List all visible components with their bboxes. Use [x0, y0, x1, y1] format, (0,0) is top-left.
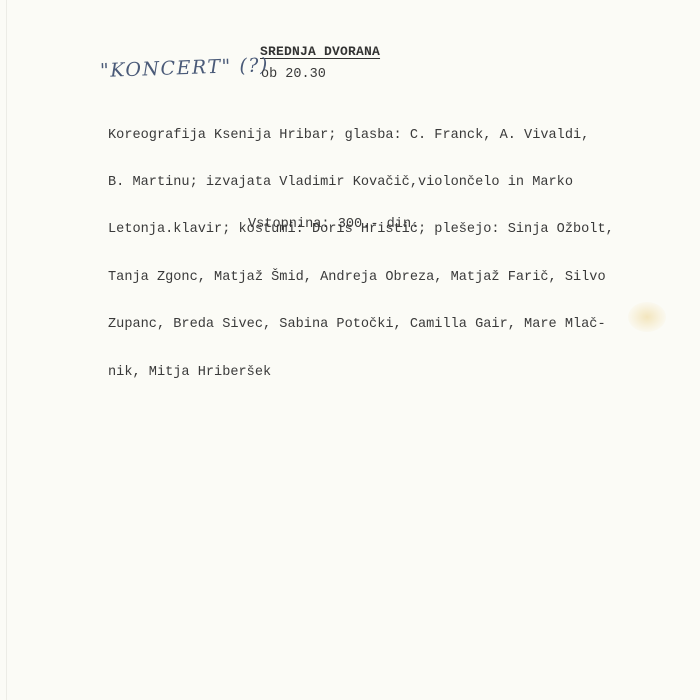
description-line: nik, Mitja Hriberšek	[108, 365, 628, 381]
program-description: Koreografija Ksenija Hribar; glasba: C. …	[108, 96, 628, 396]
description-line: B. Martinu; izvajata Vladimir Kovačič,vi…	[108, 175, 628, 191]
description-line: Koreografija Ksenija Hribar; glasba: C. …	[108, 128, 628, 144]
event-time: ob 20.30	[261, 67, 326, 82]
description-line: Zupanc, Breda Sivec, Sabina Potočki, Cam…	[108, 317, 628, 333]
paper-stain	[628, 302, 666, 332]
description-line: Tanja Zgonc, Matjaž Šmid, Andreja Obreza…	[108, 270, 628, 286]
page-fold-line	[6, 0, 7, 700]
admission-price: Vstopnina: 300.- din.	[248, 217, 419, 232]
handwritten-note: "KONCERT" (?)	[100, 54, 270, 82]
hall-heading: SREDNJA DVORANA	[260, 44, 380, 59]
